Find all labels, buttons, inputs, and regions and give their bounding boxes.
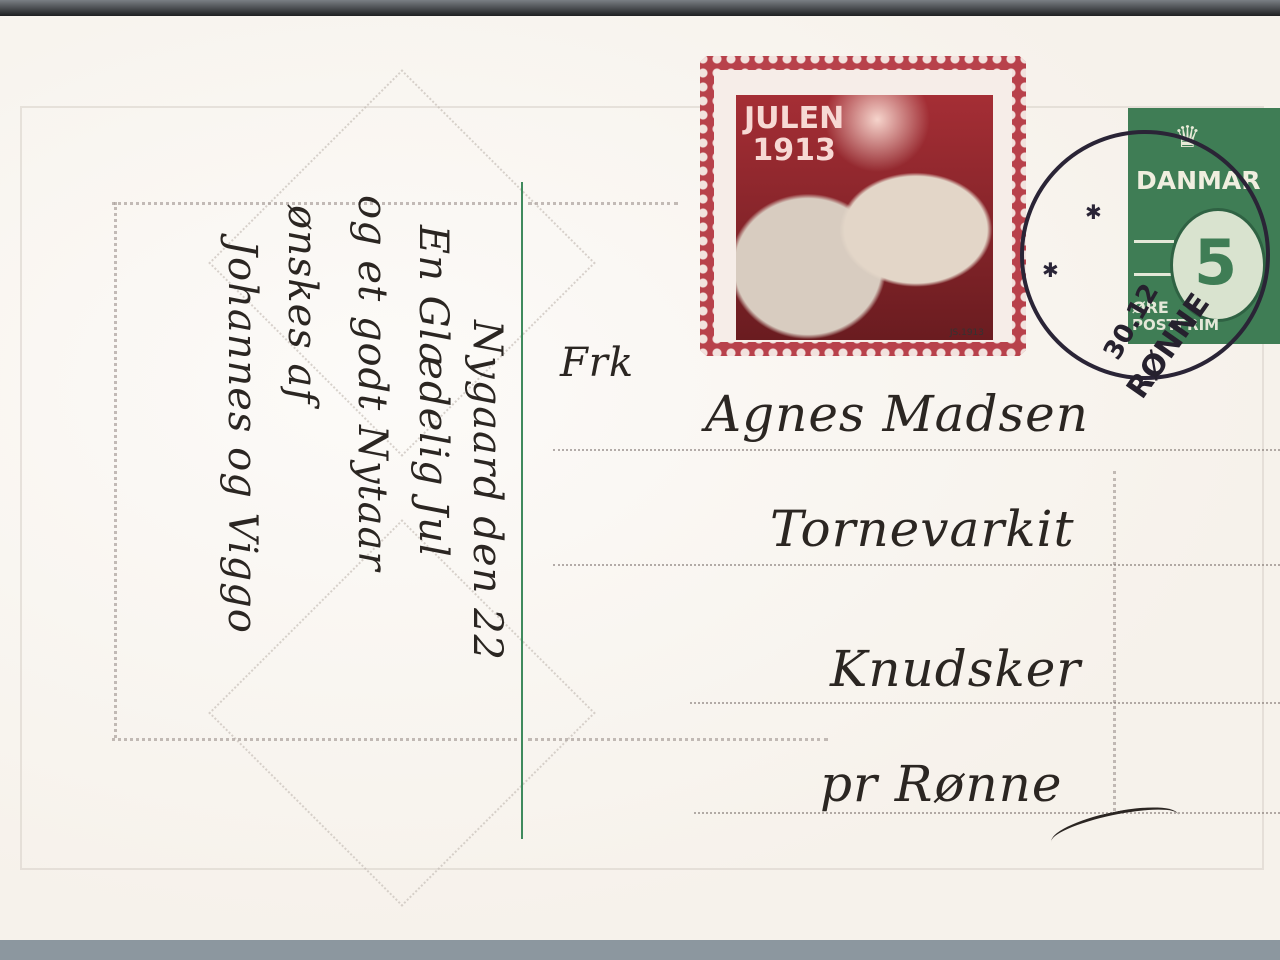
dotted-frame-bottom-left	[112, 738, 517, 741]
address-parish: Knudsker	[830, 640, 1081, 698]
postmark-star-icon: ✱	[1042, 258, 1059, 282]
address-line-3	[690, 702, 1280, 704]
address-street: Tornevarkit	[770, 500, 1075, 558]
dotted-frame-left	[114, 202, 117, 738]
postmark-star-icon: ✱	[1085, 200, 1102, 224]
seal-credit: JS.1913	[950, 328, 984, 338]
dotted-frame-top-right	[528, 202, 678, 205]
message-line-3: og et godt Nytaar	[349, 195, 395, 571]
green-divider-line	[521, 182, 523, 839]
message-line-1: Nygaard den 22	[464, 320, 510, 661]
address-name: Agnes Madsen	[705, 385, 1089, 443]
address-line-2	[553, 564, 1280, 566]
message-line-2: En Glædelig Jul	[410, 225, 456, 558]
bottom-frame-edge	[0, 940, 1280, 960]
seal-border: JULEN 1913 JS.1913	[714, 70, 1012, 342]
seal-title-line1: JULEN	[744, 103, 844, 135]
postmark-circle	[1020, 130, 1270, 380]
address-line-1	[553, 449, 1280, 451]
top-frame-edge	[0, 0, 1280, 16]
christmas-seal: JULEN 1913 JS.1913	[700, 56, 1026, 356]
message-line-4: ønskes af	[279, 205, 325, 404]
dotted-frame-bottom-right	[528, 738, 828, 741]
angel-and-santa-illustration-icon: JULEN 1913	[736, 95, 993, 340]
address-salutation: Frk	[560, 340, 634, 386]
address-town: pr Rønne	[820, 755, 1062, 813]
seal-title: JULEN 1913	[744, 103, 844, 167]
dotted-frame-right	[1113, 471, 1116, 811]
message-line-5: Johannes og Viggo	[219, 240, 265, 634]
seal-title-line2: 1913	[744, 135, 844, 167]
